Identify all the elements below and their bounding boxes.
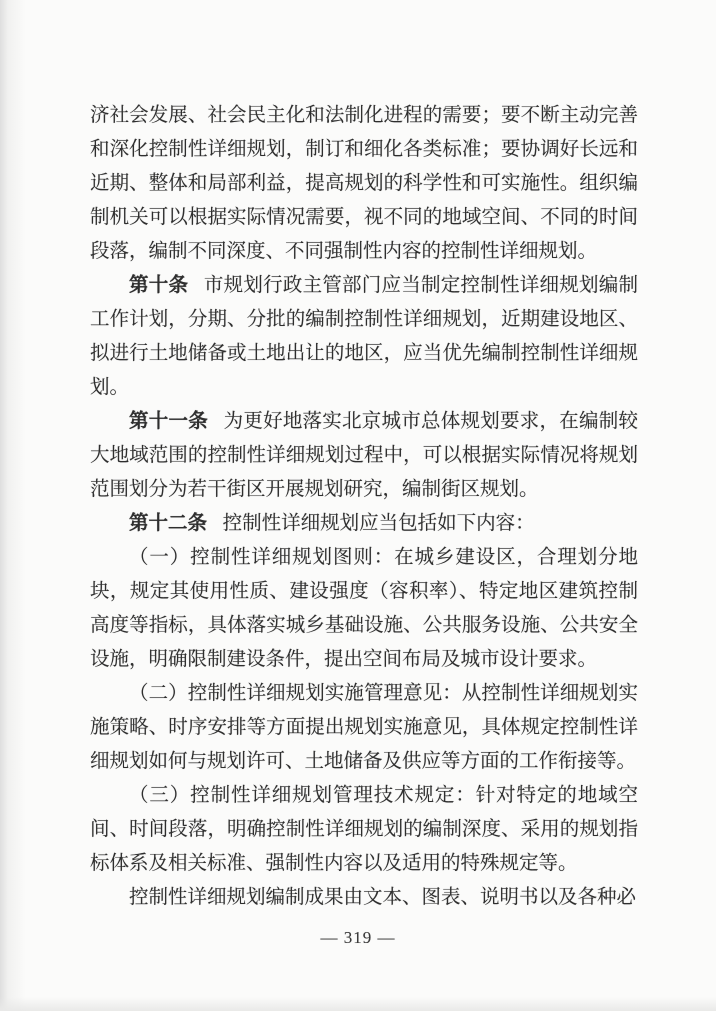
paragraph-text: 控制性详细规划应当包括如下内容：	[223, 513, 535, 534]
paragraph: 第十条市规划行政主管部门应当制定控制性详细规划编制工作计划，分期、分批的编制控制…	[90, 269, 638, 405]
paragraph: 第十一条为更好地落实北京城市总体规划要求，在编制较大地域范围的控制性详细规划过程…	[90, 405, 638, 507]
paragraph-text: （三）控制性详细规划管理技术规定：针对特定的地域空间、时间段落，明确控制性详细规…	[90, 785, 638, 874]
article-label: 第十二条	[129, 513, 207, 534]
page-number: — 319 —	[0, 928, 716, 948]
scan-left-edge-shadow	[0, 0, 26, 1011]
paragraph: （二）控制性详细规划实施管理意见：从控制性详细规划实施策略、时序安排等方面提出规…	[90, 677, 638, 779]
article-label: 第十条	[129, 275, 188, 296]
scan-bottom-edge-shadow	[0, 997, 716, 1011]
paragraph-text: （二）控制性详细规划实施管理意见：从控制性详细规划实施策略、时序安排等方面提出规…	[90, 683, 638, 772]
paragraph: （一）控制性详细规划图则：在城乡建设区，合理划分地块，规定其使用性质、建设强度（…	[90, 541, 638, 677]
document-body: 济社会发展、社会民主化和法制化进程的需要；要不断主动完善和深化控制性详细规划，制…	[90, 99, 638, 915]
paragraph-text: （一）控制性详细规划图则：在城乡建设区，合理划分地块，规定其使用性质、建设强度（…	[90, 547, 638, 670]
paragraph: 第十二条控制性详细规划应当包括如下内容：	[90, 507, 638, 541]
paragraph-text: 控制性详细规划编制成果由文本、图表、说明书以及各种必	[129, 887, 636, 908]
paragraph: （三）控制性详细规划管理技术规定：针对特定的地域空间、时间段落，明确控制性详细规…	[90, 779, 638, 881]
paragraph: 济社会发展、社会民主化和法制化进程的需要；要不断主动完善和深化控制性详细规划，制…	[90, 99, 638, 269]
article-label: 第十一条	[129, 411, 208, 432]
paragraph-text: 济社会发展、社会民主化和法制化进程的需要；要不断主动完善和深化控制性详细规划，制…	[90, 105, 638, 262]
paragraph: 控制性详细规划编制成果由文本、图表、说明书以及各种必	[90, 881, 638, 915]
